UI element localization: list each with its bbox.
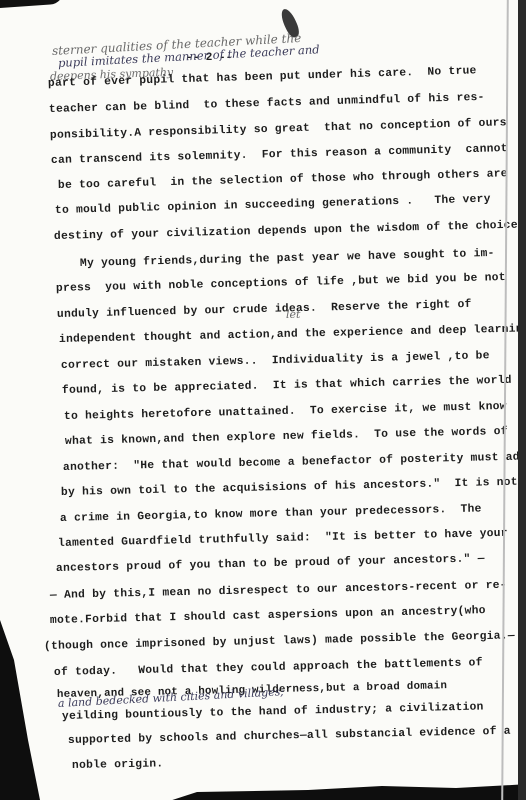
text-line: what is known,and then explore new field… (65, 426, 508, 448)
text-line: teacher can be blind to these facts and … (49, 92, 485, 116)
handwritten-insert-let: let (286, 308, 300, 321)
text-line: unduly influenced by our crude ideas. Re… (57, 299, 472, 321)
text-line: press you with noble conceptions of life… (56, 272, 506, 295)
text-line: found, is to be appreciated. It is that … (62, 375, 512, 397)
text-line: ponsibility.A responsibility so great th… (50, 117, 507, 142)
text-line: be too careful in the selection of those… (58, 168, 508, 192)
scan-edge-left (0, 600, 40, 800)
text-line: noble origin. (72, 758, 164, 772)
text-line: mote.Forbid that I should cast aspersion… (50, 605, 486, 627)
text-line: lamented Guardfield truthfully said: "It… (58, 528, 508, 550)
scan-edge-top-left (0, 0, 64, 8)
text-line: (though once imprisoned by unjust laws) … (44, 630, 515, 653)
scan-edge-right (518, 0, 526, 800)
text-line: a crime in Georgia,to know more than you… (60, 503, 482, 525)
text-line: can transcend its solemnity. For this re… (51, 143, 508, 167)
text-line: My young friends,during the past year we… (80, 248, 495, 270)
text-line: supported by schools and churches—all su… (68, 726, 511, 747)
text-line: to mould public opinion in succeeding ge… (55, 194, 491, 217)
text-line: destiny of your civilization depends upo… (54, 219, 518, 243)
scanned-page: sterner qualities of the teacher while t… (0, 0, 518, 800)
text-line: another: "He that would become a benefac… (63, 451, 518, 474)
text-line: of today. Would that they could approach… (54, 657, 483, 679)
text-line: to heights heretofore unattained. To exe… (64, 401, 507, 423)
text-line: ancestors proud of you than to be proud … (56, 553, 485, 575)
scan-edge-bottom (160, 784, 518, 800)
text-line: by his own toil to the acquisisions of h… (61, 477, 518, 499)
text-line: independent thought and action,and the e… (59, 323, 518, 346)
text-line: — And by this,I mean no disrespect to ou… (50, 580, 507, 602)
text-line: correct our mistaken views.. Individuali… (61, 350, 490, 372)
